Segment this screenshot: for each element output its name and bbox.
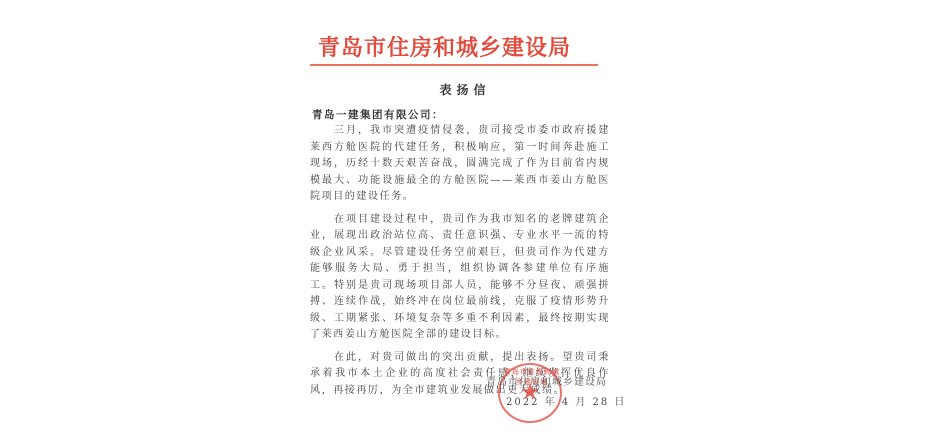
salutation: 青岛一建集团有限公司：: [312, 107, 444, 122]
signature-org: 青岛市住房和城乡建设局: [486, 373, 607, 388]
letterhead-divider: [310, 64, 598, 66]
letterhead-title: 青岛市住房和城乡建设局: [318, 35, 598, 61]
paragraph-1: 三月，我市突遭疫情侵袭，贵司接受市委市政府援建莱西方舱医院的代建任务，积极响应，…: [310, 123, 610, 206]
paragraph-2: 在项目建设过程中，贵司作为我市知名的老牌建筑企业，展现出政治站位高、责任意识强、…: [310, 212, 610, 344]
document-page: 青岛市住房和城乡建设局 表扬信 青岛一建集团有限公司： 三月，我市突遭疫情侵袭，…: [300, 0, 630, 444]
document-title: 表扬信: [300, 81, 630, 98]
signature-date: 2022 年 4 月 28 日: [506, 393, 626, 408]
letter-body: 三月，我市突遭疫情侵袭，贵司接受市委市政府援建莱西方舱医院的代建任务，积极响应，…: [310, 123, 610, 405]
